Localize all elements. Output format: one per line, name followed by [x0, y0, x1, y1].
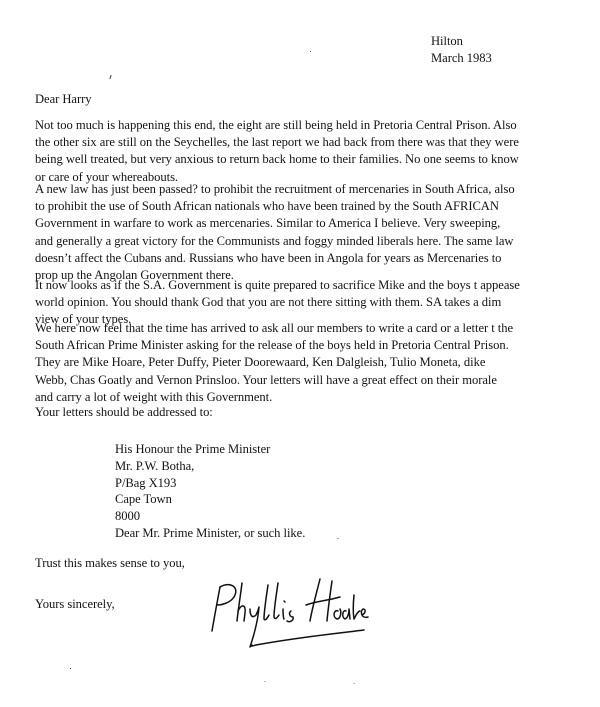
paragraph-1: Not too much is happening this end, the … — [35, 117, 519, 186]
paragraph-line: It now looks as if the S.A. Government i… — [35, 277, 520, 294]
address-line: Cape Town — [115, 491, 305, 508]
signature — [190, 575, 380, 655]
header-place: Hilton — [431, 33, 492, 50]
paragraph-line: They are Mike Hoare, Peter Duffy, Pieter… — [35, 354, 513, 371]
scan-speck — [264, 681, 266, 682]
paragraph-line: Your letters should be addressed to: — [35, 404, 213, 421]
paragraph-line: Government in warfare to work as mercena… — [35, 215, 515, 232]
address-line: Mr. P.W. Botha, — [115, 458, 305, 475]
paragraph-line: Webb, Chas Goatly and Vernon Prinsloo. Y… — [35, 372, 513, 389]
closing-remark: Trust this makes sense to you, — [35, 555, 185, 572]
header-date: March 1983 — [431, 50, 492, 67]
address-block: His Honour the Prime Minister Mr. P.W. B… — [115, 441, 305, 542]
scan-speck — [337, 538, 339, 539]
paragraph-line: doesn’t affect the Cubans and. Russians … — [35, 250, 515, 267]
salutation: Dear Harry — [35, 91, 92, 108]
paragraph-line: being well treated, but very anxious to … — [35, 151, 519, 168]
salutation-text: Dear Harry — [35, 91, 92, 108]
signature-icon — [190, 575, 380, 655]
paragraph-5: Your letters should be addressed to: — [35, 404, 213, 421]
scan-speck — [310, 51, 311, 52]
address-line: 8000 — [115, 508, 305, 525]
paragraph-line: South African Prime Minister asking for … — [35, 337, 513, 354]
paragraph-4: We here now feel that the time has arriv… — [35, 320, 513, 406]
paragraph-line: world opinion. You should thank God that… — [35, 294, 520, 311]
valediction-text: Yours sincerely, — [35, 596, 115, 613]
paragraph-line: the other six are still on the Seychelle… — [35, 134, 519, 151]
paragraph-line: We here now feel that the time has arriv… — [35, 320, 513, 337]
valediction: Yours sincerely, — [35, 596, 115, 613]
scan-mark — [109, 75, 111, 79]
paragraph-2: A new law has just been passed? to prohi… — [35, 181, 515, 284]
paragraph-line: Not too much is happening this end, the … — [35, 117, 519, 134]
letter-header: Hilton March 1983 — [431, 33, 492, 67]
closing-remark-text: Trust this makes sense to you, — [35, 555, 185, 572]
scan-speck — [353, 683, 355, 684]
scan-speck — [70, 668, 71, 669]
paragraph-line: to prohibit the use of South African nat… — [35, 198, 515, 215]
address-line: Dear Mr. Prime Minister, or such like. — [115, 525, 305, 542]
address-line: His Honour the Prime Minister — [115, 441, 305, 458]
address-line: P/Bag X193 — [115, 475, 305, 492]
paragraph-line: and generally a great victory for the Co… — [35, 233, 515, 250]
paragraph-line: A new law has just been passed? to prohi… — [35, 181, 515, 198]
